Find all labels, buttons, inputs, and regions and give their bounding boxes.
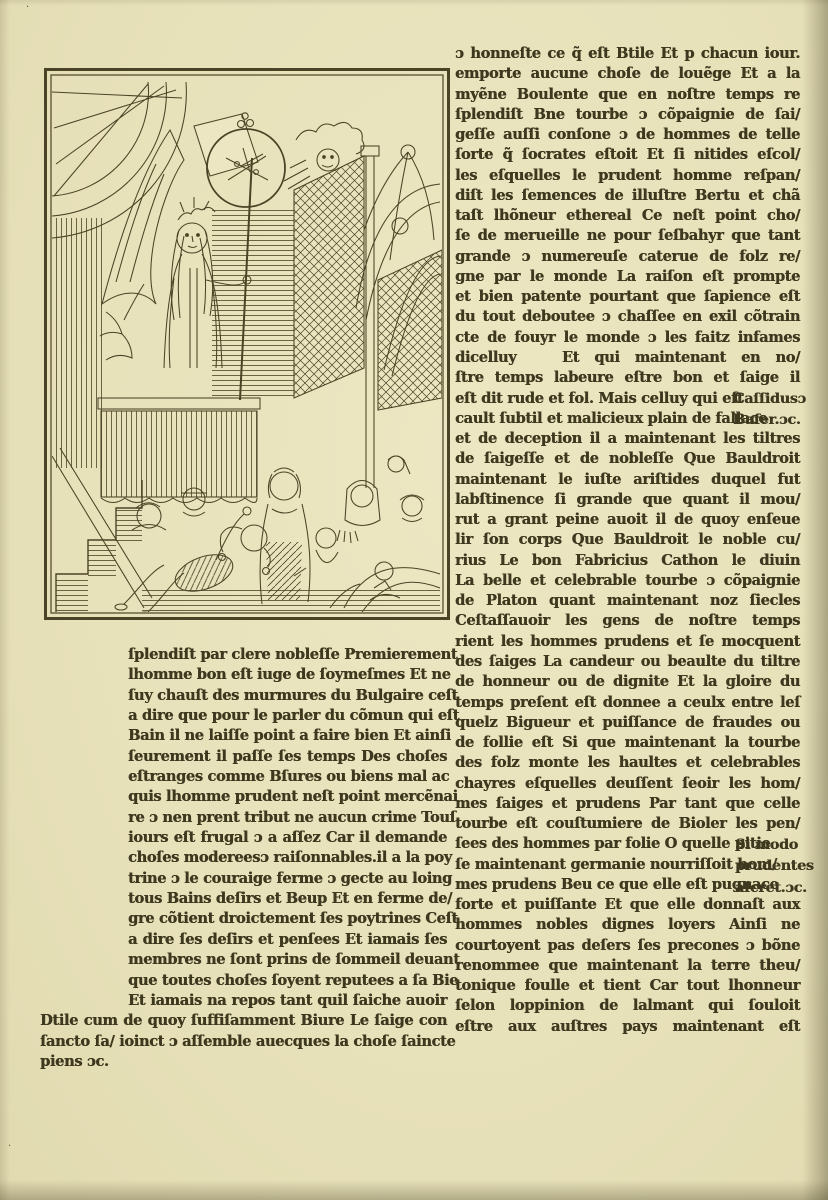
- text-line: de follie eſt Si que maintenant la tourb…: [455, 733, 800, 753]
- margin-note-si-modo: Si modoprudentesaſcret.ɔc.: [735, 834, 828, 898]
- text-line: gne par le monde La raiſon eſt prompte: [455, 267, 800, 287]
- text-line: ſplendiſt Bne tourbe ɔ cõpaignie de ſai/: [455, 105, 800, 125]
- stray-mark: .: [8, 1138, 11, 1149]
- text-line: trine ɔ le couraige ferme ɔ gecte au loi…: [128, 869, 447, 889]
- text-line: les eſquelles le prudent homme reſpan/: [455, 166, 800, 186]
- text-line: iours eſt frugal ɔ a aſſez Car il demand…: [128, 828, 447, 848]
- text-line: mes prudens Beu ce que elle eſt pugnace: [455, 875, 731, 895]
- text-line: tonique foulle et tient Car tout lhonneu…: [455, 976, 800, 996]
- text-line: diſt les ſemences de illuſtre Bertu et c…: [455, 186, 800, 206]
- text-line: que toutes choſes ſoyent reputees a ſa B…: [128, 971, 447, 991]
- text-line: ſe de merueille ne pour ſeſbahyr que tan…: [455, 226, 800, 246]
- margin-note-line: aſcret.ɔc.: [735, 877, 828, 898]
- text-line: Et iamais na repos tant quil ſaiche auoi…: [128, 991, 447, 1011]
- text-line: lhomme bon eſt iuge de ſoymeſmes Et ne: [128, 665, 447, 685]
- text-line: re ɔ nen prent tribut ne aucun crime Tou…: [128, 808, 447, 828]
- text-line: dicelluy Et qui maintenant en no/: [455, 348, 800, 368]
- woodcut-scene: [52, 82, 442, 618]
- text-line: courtoyent pas deſers ſes precones ɔ bõn…: [455, 936, 800, 956]
- text-line: cte de fouyr le monde ɔ les faitz infame…: [455, 328, 800, 348]
- text-line: rut a grant peine auoit il de quoy enſeu…: [455, 510, 800, 530]
- text-line: chayres eſquelles deuſſent ſeoir les hom…: [455, 774, 800, 794]
- text-line: rius Le bon Fabricius Cathon le diuin: [455, 551, 800, 571]
- text-line: taſt lhõneur ethereal Ce neſt point cho/: [455, 206, 800, 226]
- text-line: choſes modereesɔ raiſonnables.il a la po…: [128, 848, 447, 868]
- text-line: quis lhomme prudent neſt point mercẽnai: [128, 787, 447, 807]
- text-line: La belle et celebrable tourbe ɔ cõpaigni…: [455, 571, 800, 591]
- text-line: ɔ honneſte ce q̃ eſt Btile Et p chacun i…: [455, 44, 800, 64]
- text-line: Ceſtaſſauoir les gens de noſtre temps: [455, 611, 800, 631]
- text-line: eſt dit rude et fol. Mais celluy qui eſt: [455, 389, 731, 409]
- text-line: piens ɔc.: [40, 1052, 447, 1072]
- text-line: lir ſon corps Que Bauldroit le noble cu/: [455, 530, 800, 550]
- stray-mark: ·: [26, 2, 29, 13]
- woodcut-illustration: [44, 68, 450, 620]
- text-line: ſe maintenant germanie nourriſſoit hom/: [455, 855, 731, 875]
- text-line: de ſaigeſſe et de nobleſſe Que Bauldroit: [455, 449, 800, 469]
- left-text-column: ſplendiſt par clere nobleſſe Premieremen…: [40, 645, 447, 1072]
- margin-note-line: Caſſidusɔ: [733, 388, 828, 409]
- text-line: eſtranges comme Bſures ou biens mal ac: [128, 767, 447, 787]
- text-line: hommes nobles dignes loyers Ainſi ne: [455, 915, 800, 935]
- text-line: ſplendiſt par clere nobleſſe Premieremen…: [128, 645, 447, 665]
- margin-note-callidus: CaſſidusɔBafer.ɔc.: [733, 388, 828, 431]
- text-line: rient les hommes prudens et ſe mocquent: [455, 632, 800, 652]
- text-line: Dtile cum de quoy ſuffiſamment Biure Le …: [40, 1011, 447, 1031]
- text-line: maintenant le iuſte ariſtides duquel fut: [455, 470, 800, 490]
- text-line: ſees des hommes par folie O quelle pitie: [455, 834, 731, 854]
- text-line: cault ſubtil et malicieux plain de falla…: [455, 409, 731, 429]
- text-line: gre cõtient droictement ſes poytrines Ce…: [128, 909, 447, 929]
- text-line: renommee que maintenant la terre theu/: [455, 956, 800, 976]
- text-line: a dire que pour le parler du cõmun qui e…: [128, 706, 447, 726]
- margin-note-line: Bafer.ɔc.: [733, 409, 828, 430]
- text-line: myẽne Boulente que en noſtre temps re: [455, 85, 800, 105]
- text-line: et de deception il a maintenant les tilt…: [455, 429, 800, 449]
- text-line: ſancto ſa/ ioinct ɔ aſſemble auecques la…: [40, 1032, 447, 1052]
- text-line: de Platon quant maintenant noz ſiecles: [455, 591, 800, 611]
- text-line: et bien patente pourtant que ſapience eſ…: [455, 287, 800, 307]
- text-line: grande ɔ numereuſe caterue de folz re/: [455, 247, 800, 267]
- text-line: membres ne ſont prins de ſommeil deuant: [128, 950, 447, 970]
- margin-note-line: prudentes: [735, 855, 828, 876]
- text-line: des ſaiges La candeur ou beaulte du tilt…: [455, 652, 800, 672]
- text-line: quelz Bigueur et puiſſance de fraudes ou: [455, 713, 800, 733]
- text-line: ſtre temps labeure eſtre bon et ſaige il: [455, 368, 800, 388]
- margin-note-line: Si modo: [735, 834, 828, 855]
- text-line: mes ſaiges et prudens Par tant que celle: [455, 794, 800, 814]
- text-line: ſeurement il paſſe ſes temps Des choſes: [128, 747, 447, 767]
- text-line: tourbe eſt couſtumiere de Bioler les pen…: [455, 814, 800, 834]
- text-line: tous Bains deſirs et Beup Et en ferme de…: [128, 889, 447, 909]
- book-page: ɔ honneſte ce q̃ eſt Btile Et p chacun i…: [0, 0, 828, 1200]
- text-line: temps preſent eſt donnee a ceulx entre l…: [455, 693, 800, 713]
- text-line: Bain il ne laiſſe point a faire bien Et …: [128, 726, 447, 746]
- text-line: de honneur ou de dignite Et la gloire du: [455, 672, 800, 692]
- text-line: labſtinence ſi grande que quant il mou/: [455, 490, 800, 510]
- text-line: ſorte q̃ ſocrates eſtoit Et ſi nitides e…: [455, 145, 800, 165]
- text-line: emporte aucune choſe de louẽge Et a la: [455, 64, 800, 84]
- text-line: forte et puiſſante Et que elle donnaſt a…: [455, 895, 800, 915]
- text-line: ſelon loppinion de lalmant qui ſouloit: [455, 996, 800, 1016]
- text-line: geſſe auſſi conſone ɔ de hommes de telle: [455, 125, 800, 145]
- text-line: eſtre aux auſtres pays maintenant eſt: [455, 1017, 800, 1037]
- text-line: a dire ſes deſirs et penſees Et iamais ſ…: [128, 930, 447, 950]
- text-line: du tout deboutee ɔ chaſſee en exil cõtra…: [455, 307, 800, 327]
- text-line: des folz monte les haultes et celebrable…: [455, 753, 800, 773]
- text-line: ſuy chauſt des murmures du Bulgaire ceſt: [128, 686, 447, 706]
